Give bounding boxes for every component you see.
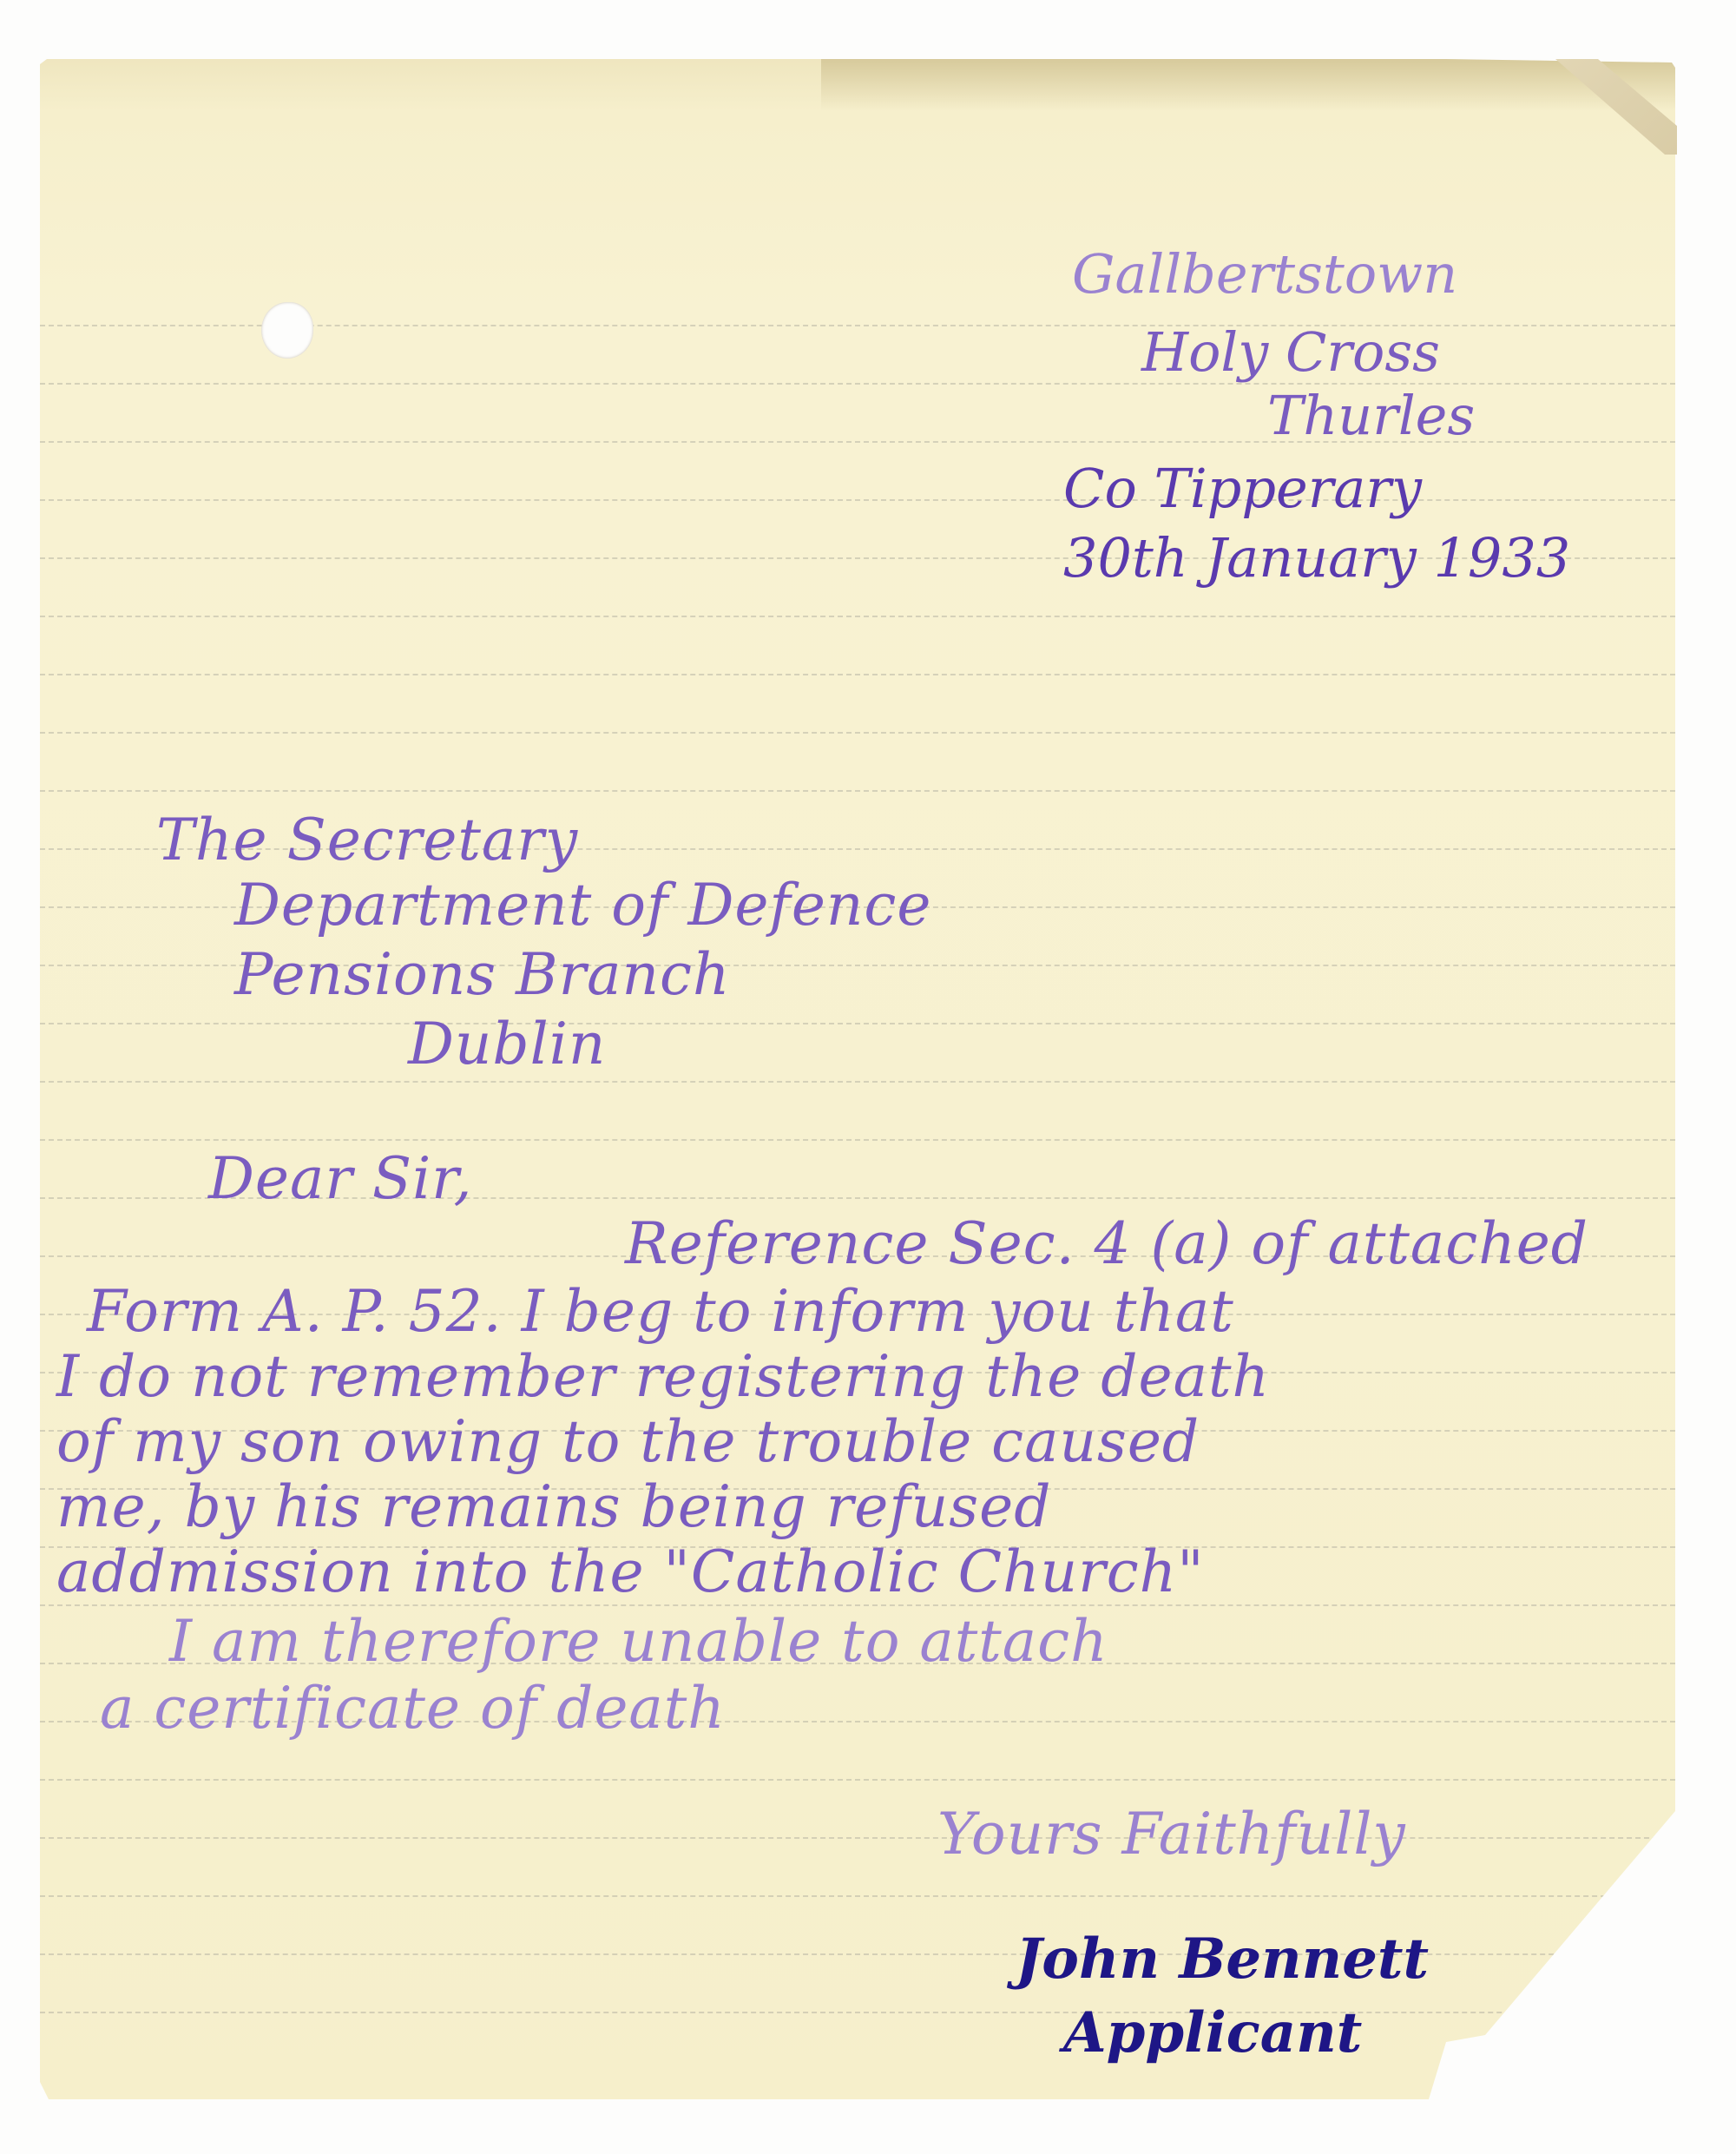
signature-name: John Bennett bbox=[1016, 1932, 1429, 1987]
body-line-4: of my son owing to the trouble caused bbox=[56, 1413, 1200, 1471]
rule-line bbox=[40, 1837, 1675, 1839]
rule-line bbox=[40, 499, 1675, 501]
rule-line bbox=[40, 1953, 1675, 1955]
rule-line bbox=[40, 1081, 1675, 1083]
rule-line bbox=[40, 790, 1675, 792]
rule-line bbox=[40, 1779, 1675, 1781]
recipient-line-3: Pensions Branch bbox=[234, 946, 730, 1004]
punch-hole bbox=[261, 302, 313, 359]
closing: Yours Faithfully bbox=[937, 1806, 1406, 1863]
body-line-5: me, by his remains being refused bbox=[56, 1479, 1051, 1536]
rule-line bbox=[40, 2012, 1675, 2013]
paper-stain bbox=[821, 59, 1675, 111]
rule-line bbox=[40, 674, 1675, 675]
body-line-6: addmission into the "Catholic Church" bbox=[56, 1544, 1205, 1601]
body-line-3: I do not remember registering the death bbox=[56, 1348, 1270, 1406]
recipient-line-4: Dublin bbox=[408, 1016, 606, 1073]
address-line-2: Holy Cross bbox=[1141, 326, 1440, 379]
address-line-1: Gallbertstown bbox=[1072, 247, 1457, 301]
address-line-3: Thurles bbox=[1267, 389, 1475, 443]
recipient-line-1: The Secretary bbox=[156, 812, 578, 869]
rule-line bbox=[40, 732, 1675, 734]
body-line-8: a certificate of death bbox=[100, 1680, 726, 1737]
body-line-2: Form A. P. 52. I beg to inform you that bbox=[87, 1283, 1234, 1340]
address-line-4: Co Tipperary bbox=[1063, 462, 1422, 516]
recipient-line-2: Department of Defence bbox=[234, 877, 931, 934]
rule-line bbox=[40, 1139, 1675, 1141]
rule-line bbox=[40, 616, 1675, 617]
rule-line bbox=[40, 1895, 1675, 1897]
rule-line bbox=[40, 1023, 1675, 1024]
body-line-7: I am therefore unable to attach bbox=[169, 1613, 1108, 1670]
body-line-1: Reference Sec. 4 (a) of attached bbox=[625, 1215, 1588, 1273]
salutation: Dear Sir, bbox=[208, 1150, 472, 1208]
signature-role: Applicant bbox=[1063, 2006, 1362, 2061]
letter-date: 30th January 1933 bbox=[1063, 531, 1570, 585]
